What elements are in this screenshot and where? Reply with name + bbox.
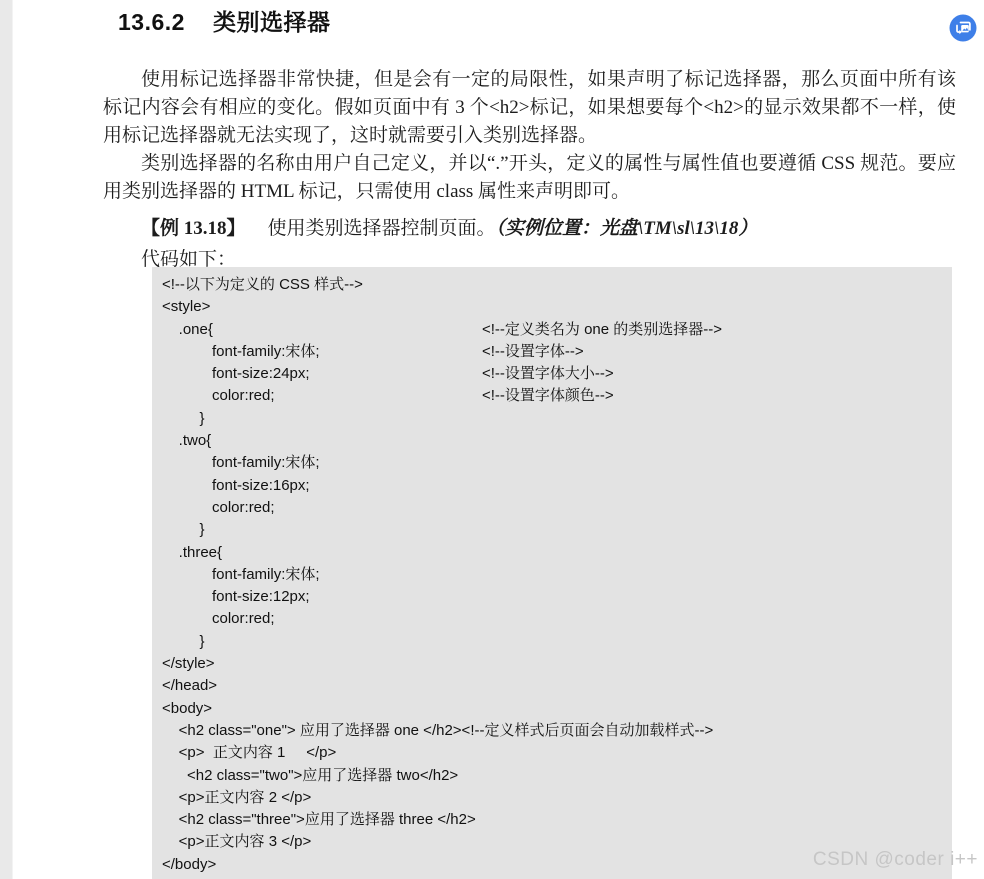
code-text: <h2 class="one"> 应用了选择器 one </h2><!--定义样… xyxy=(162,722,713,739)
document-page: 13.6.2类别选择器 使用标记选择器非常快捷，但是会有一定的局限性，如果声明了… xyxy=(0,0,984,879)
example-line: 【例 13.18】使用类别选择器控制页面。（实例位置：光盘\TM\sl\13\1… xyxy=(103,215,956,243)
code-line: .three{ xyxy=(162,542,942,564)
code-line: <h2 class="two">应用了选择器 two</h2> xyxy=(162,765,942,787)
code-text: } xyxy=(162,410,205,427)
code-text: color:red; xyxy=(162,499,275,516)
code-text: </head> xyxy=(162,677,217,694)
code-block: <!--以下为定义的 CSS 样式--><style> .one{<!--定义类… xyxy=(152,267,952,879)
code-line: color:red;<!--设置字体颜色--> xyxy=(162,385,942,407)
code-line: <h2 class="one"> 应用了选择器 one </h2><!--定义样… xyxy=(162,720,942,742)
code-line: font-family:宋体; xyxy=(162,452,942,474)
code-text: font-size:16px; xyxy=(162,477,310,494)
code-line: <body> xyxy=(162,698,942,720)
code-text: <style> xyxy=(162,298,210,315)
code-text: font-family:宋体; xyxy=(162,454,320,471)
code-line: color:red; xyxy=(162,497,942,519)
code-text: </body> xyxy=(162,856,216,873)
csdn-watermark: CSDN @coder i++ xyxy=(813,849,978,871)
code-text: <body> xyxy=(162,700,212,717)
example-location: （实例位置：光盘\TM\sl\13\18） xyxy=(496,218,758,239)
example-label: 【例 13.18】 xyxy=(141,218,246,239)
code-line: <h2 class="three">应用了选择器 three </h2> xyxy=(162,809,942,831)
code-line: } xyxy=(162,631,942,653)
code-comment: <!--设置字体大小--> xyxy=(482,363,614,385)
page-edge-strip xyxy=(0,0,13,879)
code-line: } xyxy=(162,408,942,430)
code-line: <p>正文内容 2 </p> xyxy=(162,787,942,809)
code-comment: <!--设置字体--> xyxy=(482,341,584,363)
code-line: font-family:宋体;<!--设置字体--> xyxy=(162,341,942,363)
code-line: font-size:24px;<!--设置字体大小--> xyxy=(162,363,942,385)
code-line: font-family:宋体; xyxy=(162,564,942,586)
code-comment: <!--设置字体颜色--> xyxy=(482,385,614,407)
code-text: } xyxy=(162,521,205,538)
code-text: </style> xyxy=(162,655,215,672)
code-line: </head> xyxy=(162,675,942,697)
code-line: font-size:16px; xyxy=(162,475,942,497)
section-title: 类别选择器 xyxy=(213,9,331,35)
section-heading: 13.6.2类别选择器 xyxy=(118,4,956,37)
code-text: font-family:宋体; xyxy=(162,566,320,583)
code-line: </style> xyxy=(162,653,942,675)
code-line: .one{<!--定义类名为 one 的类别选择器--> xyxy=(162,319,942,341)
code-text: color:red; xyxy=(162,387,275,404)
paragraph-2: 类别选择器的名称由用户自己定义，并以“.”开头，定义的属性与属性值也要遵循 CS… xyxy=(103,150,956,206)
code-text: .one{ xyxy=(162,321,213,338)
code-line: <p> 正文内容 1 </p> xyxy=(162,742,942,764)
code-line: <!--以下为定义的 CSS 样式--> xyxy=(162,274,942,296)
code-text: <p> 正文内容 1 </p> xyxy=(162,744,336,761)
code-text: font-family:宋体; xyxy=(162,343,320,360)
code-text: <p>正文内容 2 </p> xyxy=(162,789,311,806)
code-text: color:red; xyxy=(162,610,275,627)
code-text: } xyxy=(162,633,205,650)
code-text: font-size:12px; xyxy=(162,588,310,605)
code-comment: <!--定义类名为 one 的类别选择器--> xyxy=(482,319,722,341)
code-text: <!--以下为定义的 CSS 样式--> xyxy=(162,276,363,293)
code-line: <style> xyxy=(162,296,942,318)
code-text: font-size:24px; xyxy=(162,365,310,382)
image-translate-icon xyxy=(949,30,977,45)
code-text: .three{ xyxy=(162,544,222,561)
code-text: <p>正文内容 3 </p> xyxy=(162,833,311,850)
code-line: color:red; xyxy=(162,608,942,630)
code-line: .two{ xyxy=(162,430,942,452)
code-line: font-size:12px; xyxy=(162,586,942,608)
paragraph-1: 使用标记选择器非常快捷，但是会有一定的局限性，如果声明了标记选择器，那么页面中所… xyxy=(103,66,956,150)
code-line: } xyxy=(162,519,942,541)
example-description: 使用类别选择器控制页面。 xyxy=(268,218,496,239)
image-tool-button[interactable] xyxy=(949,14,977,42)
page-content: 13.6.2类别选择器 使用标记选择器非常快捷，但是会有一定的局限性，如果声明了… xyxy=(103,0,956,274)
code-text: .two{ xyxy=(162,432,211,449)
code-text: <h2 class="three">应用了选择器 three </h2> xyxy=(162,811,476,828)
code-text: <h2 class="two">应用了选择器 two</h2> xyxy=(162,767,458,784)
section-number: 13.6.2 xyxy=(118,9,185,35)
